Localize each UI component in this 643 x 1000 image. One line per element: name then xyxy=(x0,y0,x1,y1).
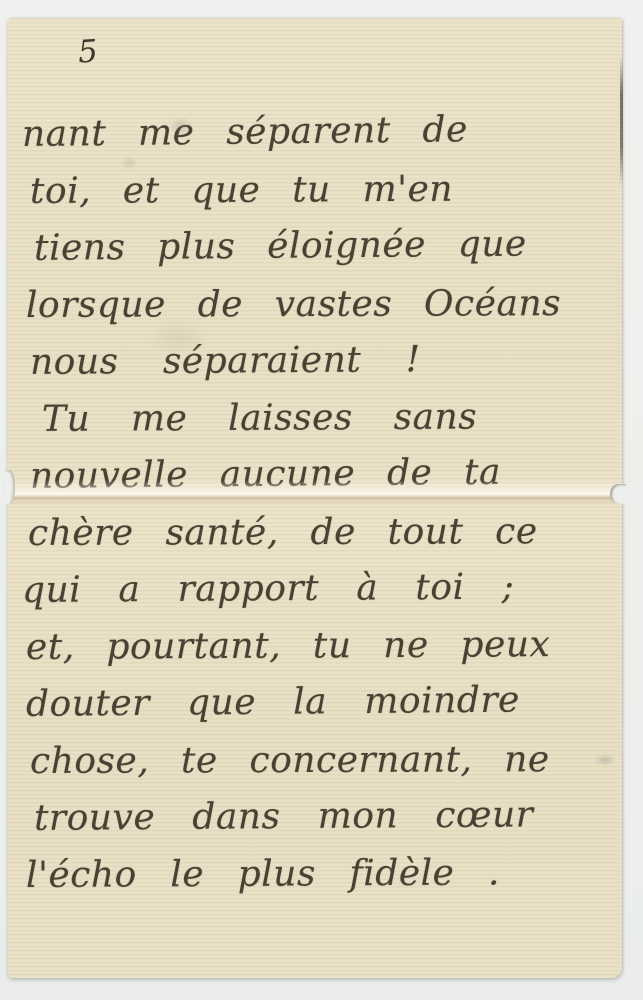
handwriting-line: tiens plus éloignée que xyxy=(16,215,616,277)
handwriting-line: et, pourtant, tu ne peux xyxy=(16,616,616,676)
handwriting-line: nant me séparent de xyxy=(16,100,617,163)
page-number: 5 xyxy=(77,33,99,70)
fold-tear-left xyxy=(5,470,15,504)
letter-page: 5 nant me séparent de toi, et que tu m'e… xyxy=(8,18,622,978)
handwriting-line: toi, et que tu m'en xyxy=(16,160,616,220)
scan-background: { "letter": { "page_number": "5", "langu… xyxy=(0,0,643,1000)
handwriting-line: Tu me laisses sans xyxy=(16,388,616,448)
handwriting-line: nous séparaient ! xyxy=(16,330,616,391)
page-edge-shadow xyxy=(620,56,623,186)
handwriting-line: douter que la moindre xyxy=(16,671,616,733)
handwriting-line: chose, te concernant, ne xyxy=(16,731,616,790)
handwriting-block: nant me séparent de toi, et que tu m'en … xyxy=(16,106,616,904)
handwriting-line: nouvelle aucune de ta xyxy=(16,443,616,505)
fold-tear-right xyxy=(610,484,626,504)
handwriting-line: l'écho le plus fidèle . xyxy=(16,844,616,904)
handwriting-line: trouve dans mon cœur xyxy=(16,786,616,847)
handwriting-line: lorsque de vastes Océans xyxy=(16,275,616,334)
handwriting-line: chère santé, de tout ce xyxy=(16,503,616,562)
handwriting-line: qui a rapport à toi ; xyxy=(16,558,616,619)
